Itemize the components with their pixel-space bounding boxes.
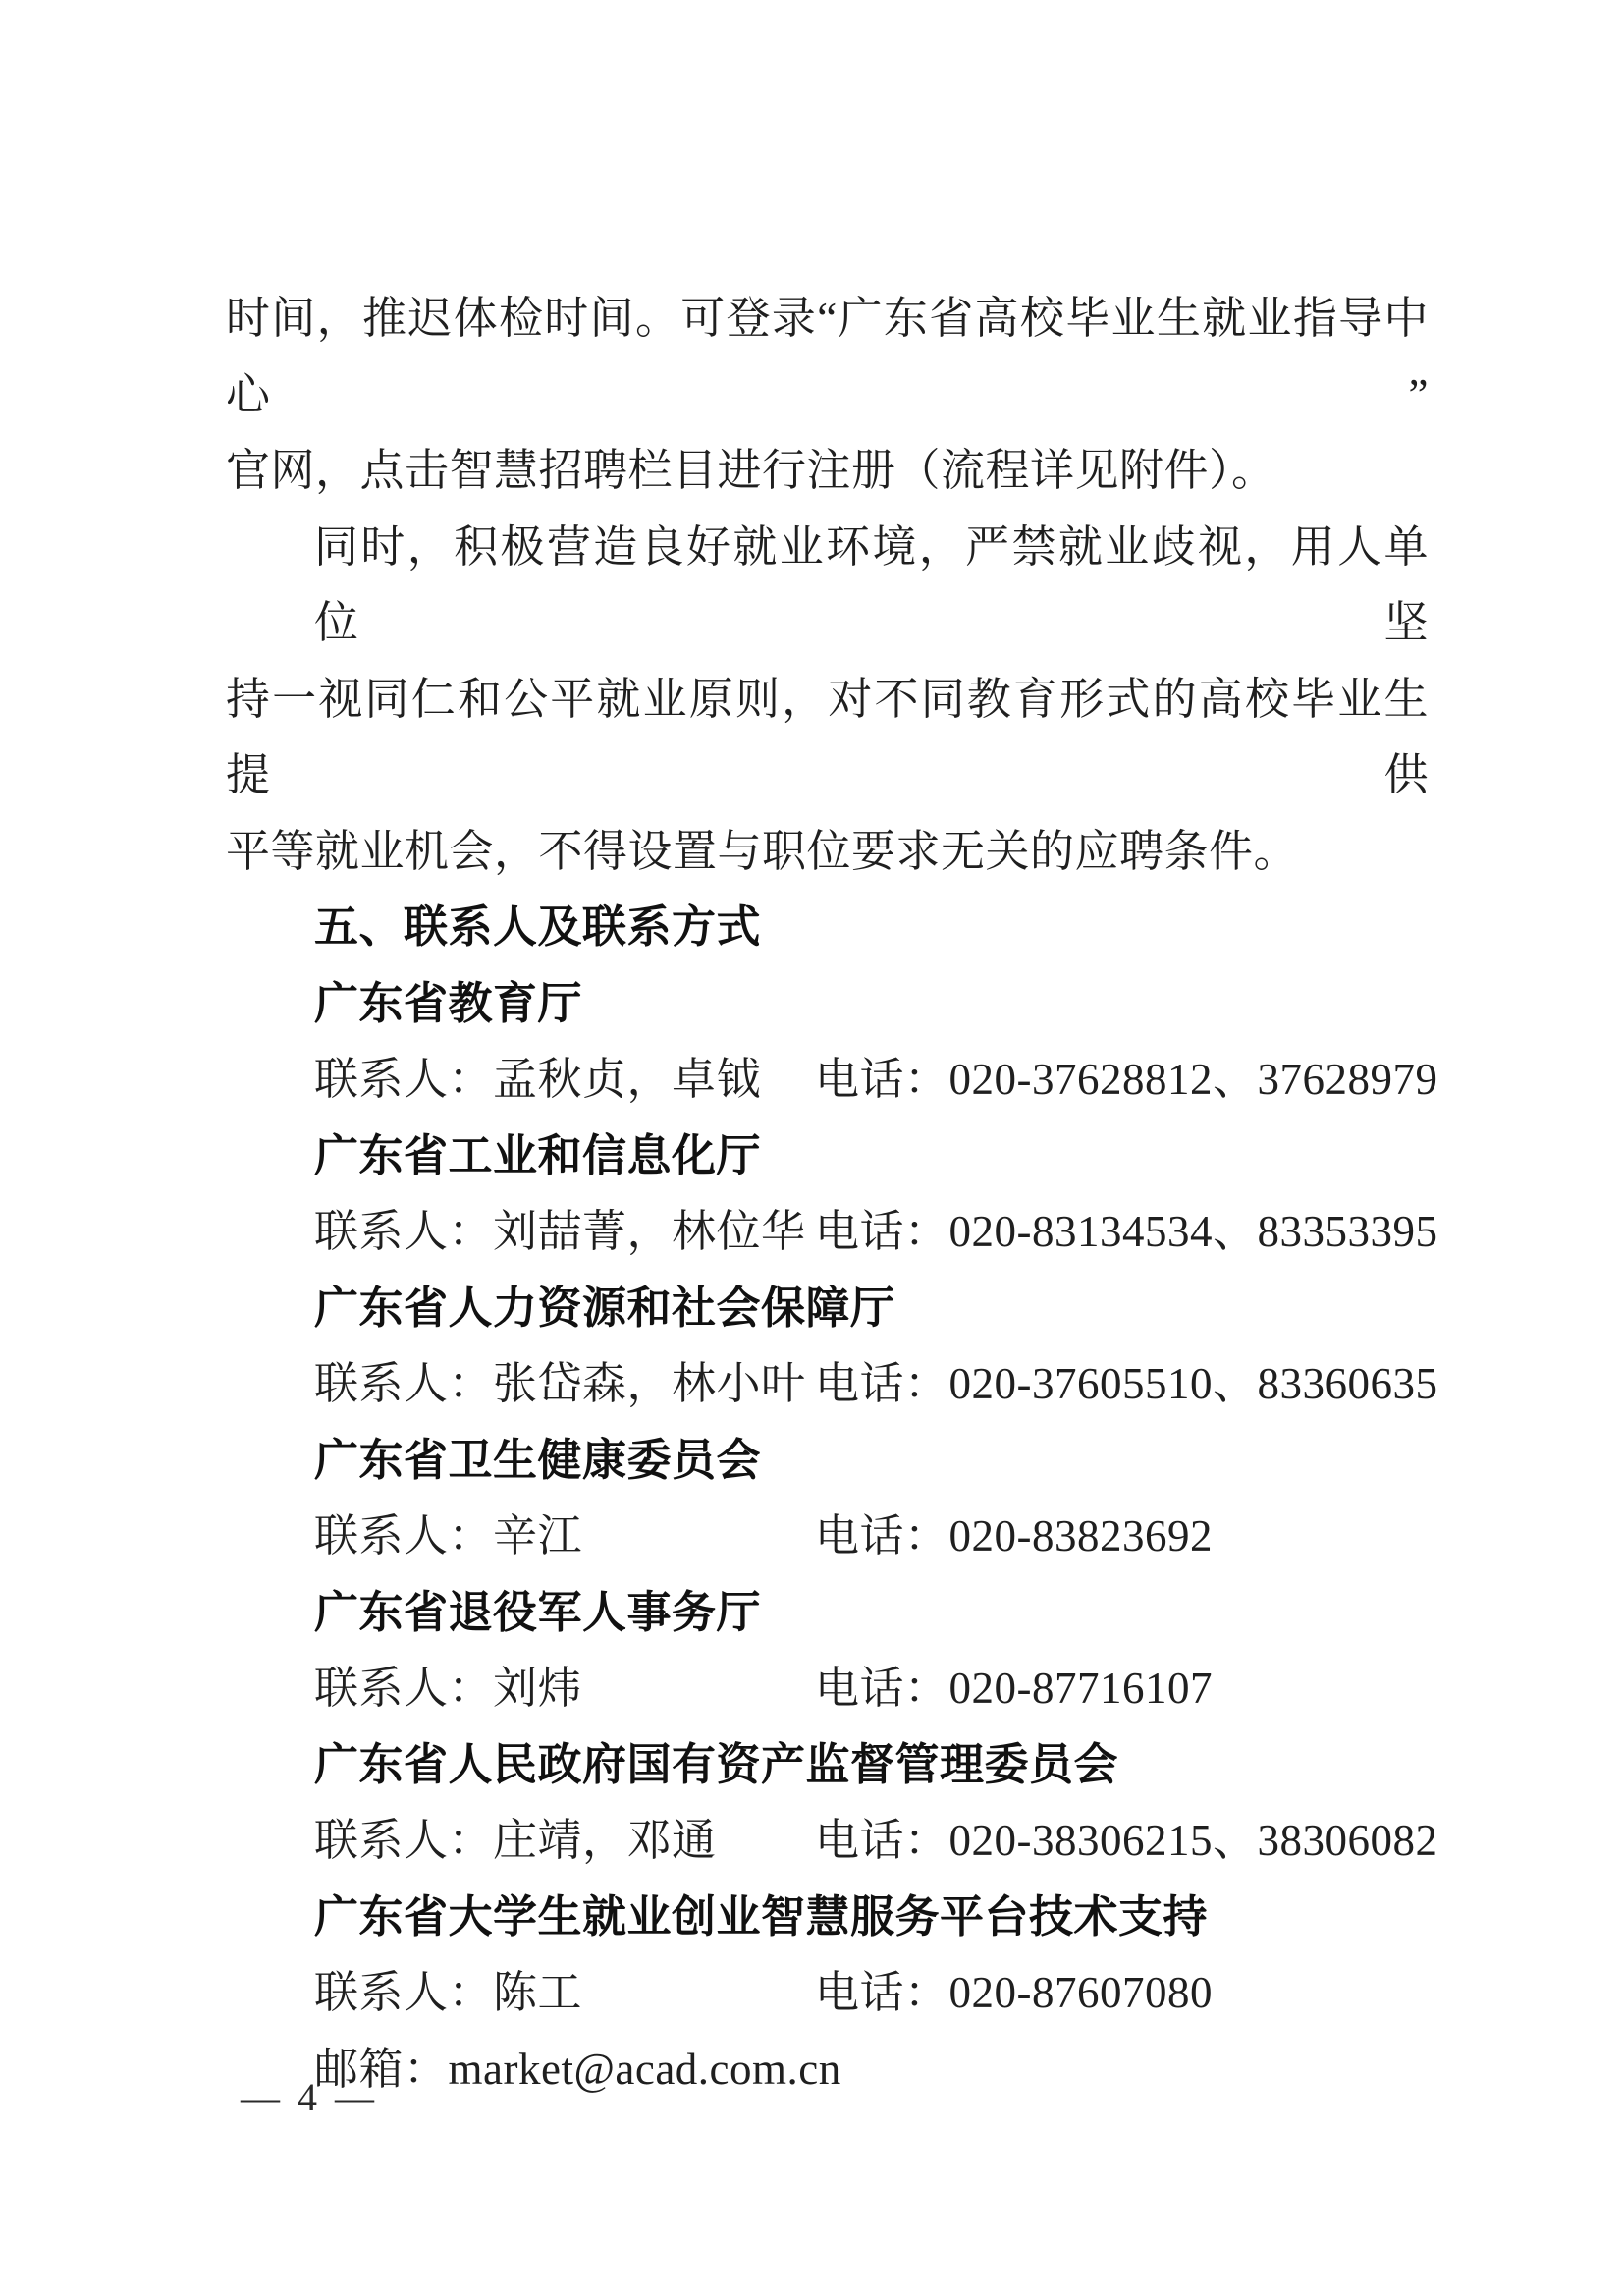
person-names: 辛江	[493, 1511, 582, 1560]
contact-row: 联系人：辛江 电话：020-83823692	[226, 1499, 1429, 1575]
department-name-human-resources: 广东省人力资源和社会保障厅	[226, 1271, 1429, 1347]
person-names: 孟秋贞，卓钺	[493, 1055, 761, 1104]
contact-person-cell: 联系人：庄靖，邓通	[314, 1803, 815, 1880]
contact-row: 联系人：刘炜 电话：020-87716107	[226, 1651, 1429, 1727]
person-names: 张岱森，林小叶	[493, 1359, 806, 1408]
contact-person-cell: 联系人：刘炜	[314, 1651, 815, 1727]
person-label: 联系人：	[314, 1207, 493, 1256]
contact-person-cell: 联系人：陈工	[314, 1955, 815, 2032]
person-label: 联系人：	[314, 1968, 493, 2017]
person-label: 联系人：	[314, 1664, 493, 1713]
phone-numbers: 020-37628812、37628979	[949, 1055, 1438, 1104]
department-name-platform-support: 广东省大学生就业创业智慧服务平台技术支持	[226, 1880, 1429, 1956]
phone-numbers: 020-37605510、83360635	[949, 1359, 1438, 1408]
phone-label: 电话：	[815, 1055, 949, 1104]
department-name-sasac: 广东省人民政府国有资产监督管理委员会	[226, 1727, 1429, 1804]
contact-person-cell: 联系人：辛江	[314, 1499, 815, 1575]
person-names: 刘喆菁，林位华	[493, 1207, 806, 1256]
contact-row: 联系人：庄靖，邓通 电话：020-38306215、38306082	[226, 1803, 1429, 1880]
document-body: 时间，推迟体检时间。可登录“广东省高校毕业生就业指导中心” 官网，点击智慧招聘栏…	[226, 281, 1429, 2107]
contact-person-cell: 联系人：张岱森，林小叶	[314, 1346, 815, 1423]
section-heading: 五、联系人及联系方式	[226, 890, 1429, 966]
email-line: 邮箱：market@acad.com.cn	[226, 2032, 1429, 2108]
phone-label: 电话：	[815, 1207, 949, 1256]
document-page: { "colors": { "paper": "#ffffff", "ink":…	[0, 0, 1623, 2296]
contact-row: 联系人：孟秋贞，卓钺 电话：020-37628812、37628979	[226, 1042, 1429, 1119]
contact-person-cell: 联系人：刘喆菁，林位华	[314, 1194, 815, 1271]
person-label: 联系人：	[314, 1359, 493, 1408]
phone-numbers: 020-38306215、38306082	[949, 1816, 1438, 1865]
department-name-industry-it: 广东省工业和信息化厅	[226, 1119, 1429, 1195]
paragraph-2-line-3: 平等就业机会，不得设置与职位要求无关的应聘条件。	[226, 814, 1429, 891]
phone-label: 电话：	[815, 1664, 949, 1713]
contact-row: 联系人：陈工 电话：020-87607080	[226, 1955, 1429, 2032]
department-name-veterans: 广东省退役军人事务厅	[226, 1575, 1429, 1652]
paragraph-1-line-2: 官网，点击智慧招聘栏目进行注册（流程详见附件）。	[226, 433, 1429, 510]
contact-row: 联系人：刘喆菁，林位华 电话：020-83134534、83353395	[226, 1194, 1429, 1271]
phone-label: 电话：	[815, 1511, 949, 1560]
contact-phone-cell: 电话：020-37605510、83360635	[815, 1346, 1438, 1423]
person-label: 联系人：	[314, 1511, 493, 1560]
phone-numbers: 020-87716107	[949, 1664, 1214, 1713]
department-name-health: 广东省卫生健康委员会	[226, 1423, 1429, 1500]
person-names: 庄靖，邓通	[493, 1816, 717, 1865]
paragraph-2-line-2: 持一视同仁和公平就业原则，对不同教育形式的高校毕业生提供	[226, 662, 1429, 814]
contact-phone-cell: 电话：020-37628812、37628979	[815, 1042, 1438, 1119]
department-name-education: 广东省教育厅	[226, 966, 1429, 1043]
email-value: market@acad.com.cn	[449, 2045, 841, 2094]
paragraph-1-line-1: 时间，推迟体检时间。可登录“广东省高校毕业生就业指导中心”	[226, 281, 1429, 433]
phone-numbers: 020-87607080	[949, 1968, 1214, 2017]
person-names: 刘炜	[493, 1664, 582, 1713]
contact-phone-cell: 电话：020-38306215、38306082	[815, 1803, 1438, 1880]
phone-numbers: 020-83823692	[949, 1511, 1214, 1560]
contact-person-cell: 联系人：孟秋贞，卓钺	[314, 1042, 815, 1119]
paragraph-2-line-1: 同时，积极营造良好就业环境，严禁就业歧视，用人单位坚	[226, 510, 1429, 662]
phone-label: 电话：	[815, 1816, 949, 1865]
phone-label: 电话：	[815, 1359, 949, 1408]
contact-phone-cell: 电话：020-87716107	[815, 1651, 1213, 1727]
contact-row: 联系人：张岱森，林小叶 电话：020-37605510、83360635	[226, 1346, 1429, 1423]
contact-phone-cell: 电话：020-83134534、83353395	[815, 1194, 1438, 1271]
person-names: 陈工	[493, 1968, 582, 2017]
person-label: 联系人：	[314, 1055, 493, 1104]
phone-numbers: 020-83134534、83353395	[949, 1207, 1438, 1256]
person-label: 联系人：	[314, 1816, 493, 1865]
phone-label: 电话：	[815, 1968, 949, 2017]
page-number-footer: — 4 —	[241, 2074, 378, 2121]
contact-phone-cell: 电话：020-83823692	[815, 1499, 1213, 1575]
contact-phone-cell: 电话：020-87607080	[815, 1955, 1213, 2032]
